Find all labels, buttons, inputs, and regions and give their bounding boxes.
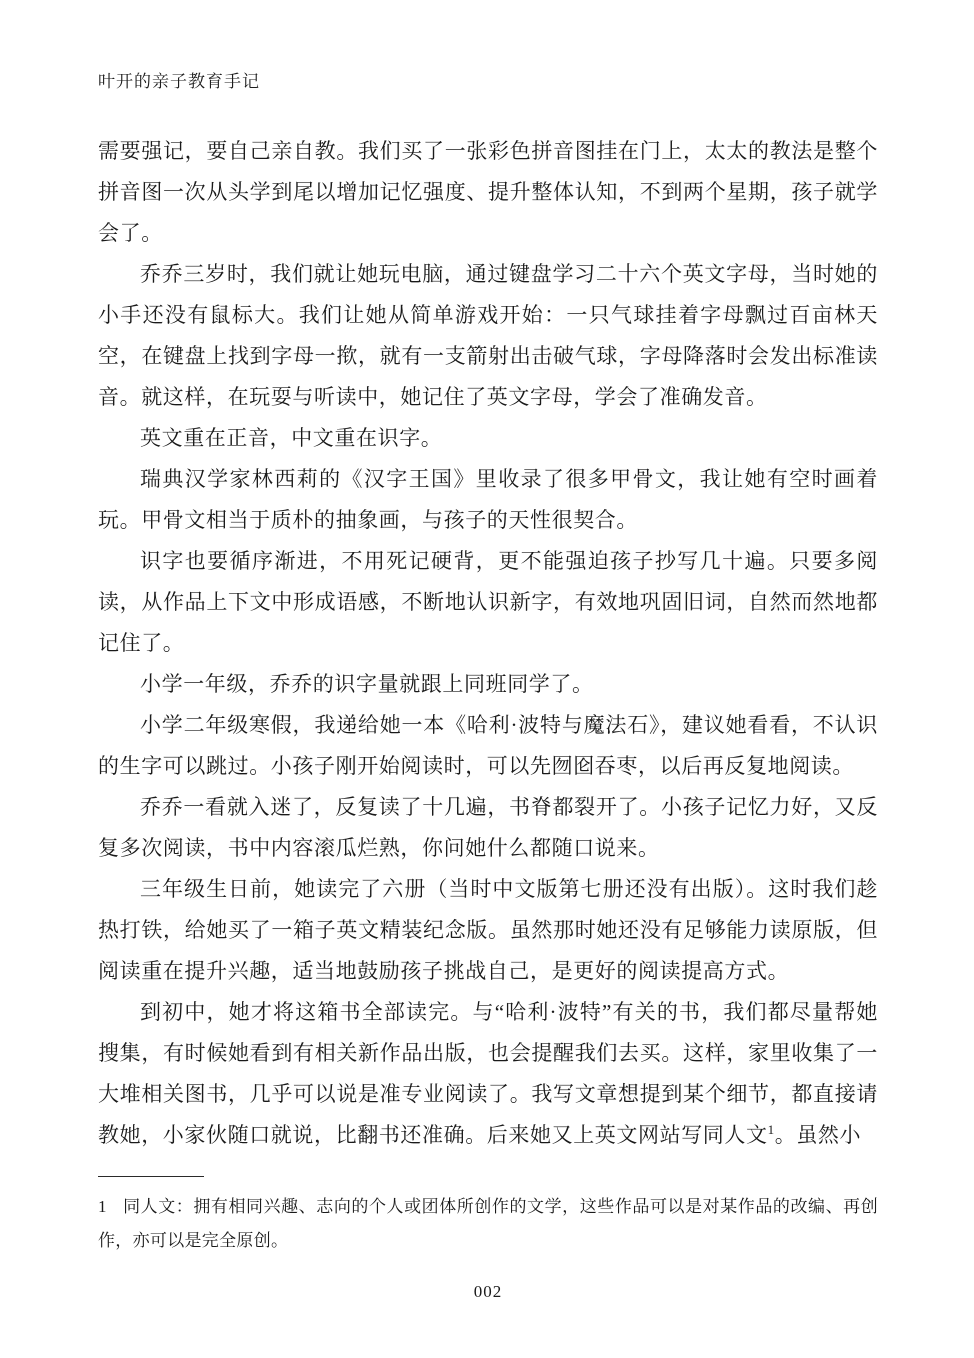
book-page: 叶开的亲子教育手记 需要强记，要自己亲自教。我们买了一张彩色拼音图挂在门上，太太…	[0, 0, 974, 1358]
body-paragraph: 小学二年级寒假，我递给她一本《哈利·波特与魔法石》，建议她看看，不认识的生字可以…	[98, 705, 878, 787]
body-paragraph: 需要强记，要自己亲自教。我们买了一张彩色拼音图挂在门上，太太的教法是整个拼音图一…	[98, 131, 878, 254]
body-paragraph: 三年级生日前，她读完了六册（当时中文版第七册还没有出版）。这时我们趁热打铁，给她…	[98, 869, 878, 992]
footnote-reference-marker: 1	[768, 1122, 775, 1137]
body-paragraph: 识字也要循序渐进，不用死记硬背，更不能强迫孩子抄写几十遍。只要多阅读，从作品上下…	[98, 541, 878, 664]
footnote: 1同人文：拥有相同兴趣、志向的个人或团体所创作的文学，这些作品可以是对某作品的改…	[98, 1190, 878, 1258]
body-paragraph: 瑞典汉学家林西莉的《汉字王国》里收录了很多甲骨文，我让她有空时画着玩。甲骨文相当…	[98, 459, 878, 541]
body-paragraph: 英文重在正音，中文重在识字。	[98, 418, 878, 459]
paragraph-text: 到初中，她才将这箱书全部读完。与“哈利·波特”有关的书，我们都尽量帮她搜集，有时…	[98, 1000, 878, 1147]
body-paragraph: 到初中，她才将这箱书全部读完。与“哈利·波特”有关的书，我们都尽量帮她搜集，有时…	[98, 992, 878, 1156]
page-number: 002	[98, 1282, 878, 1302]
body-paragraph: 乔乔三岁时，我们就让她玩电脑，通过键盘学习二十六个英文字母，当时她的小手还没有鼠…	[98, 254, 878, 418]
paragraph-text: 。虽然小	[775, 1123, 861, 1147]
footnote-number: 1	[98, 1197, 107, 1216]
running-header: 叶开的亲子教育手记	[98, 72, 878, 92]
body-paragraph: 小学一年级，乔乔的识字量就跟上同班同学了。	[98, 664, 878, 705]
body-text: 需要强记，要自己亲自教。我们买了一张彩色拼音图挂在门上，太太的教法是整个拼音图一…	[98, 131, 878, 1156]
footnote-text: 同人文：拥有相同兴趣、志向的个人或团体所创作的文学，这些作品可以是对某作品的改编…	[98, 1197, 878, 1250]
footnote-separator-rule	[98, 1176, 204, 1177]
body-paragraph: 乔乔一看就入迷了，反复读了十几遍，书脊都裂开了。小孩子记忆力好，又反复多次阅读，…	[98, 787, 878, 869]
